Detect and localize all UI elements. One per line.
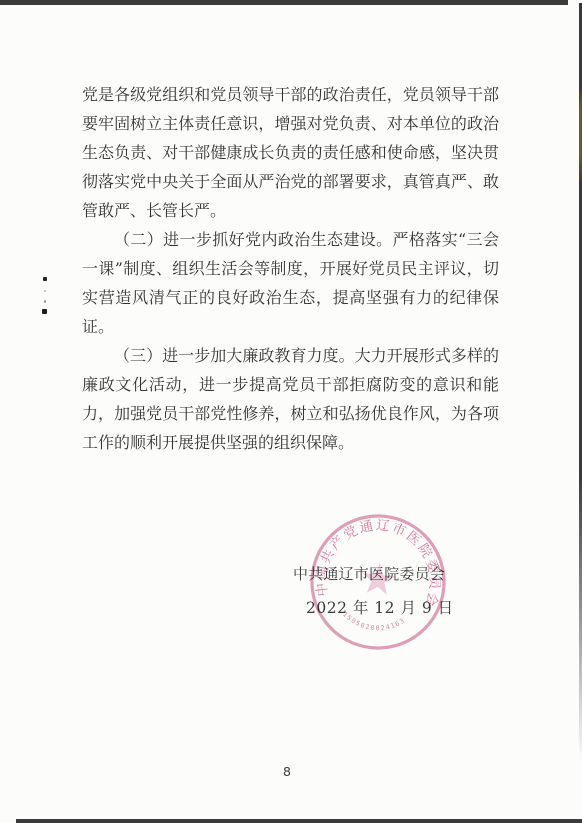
seal-serial-number: 1505020024163 <box>340 610 408 636</box>
paragraph-continuation: 党是各级党组织和党员领导干部的政治责任，党员领导干部要牢固树立主体责任意识，增强… <box>82 80 499 225</box>
scan-edge-top <box>0 0 568 5</box>
scan-mark <box>44 300 46 303</box>
paragraph-item-2: （二）进一步抓好党内政治生态建设。严格落实“三会一课”制度、组织生活会等制度，开… <box>82 225 499 341</box>
scan-edge-bottom <box>16 819 582 823</box>
scan-mark <box>42 309 47 314</box>
scanned-document-page: 党是各级党组织和党员领导干部的政治责任，党员领导干部要牢固树立主体责任意识，增强… <box>0 0 582 823</box>
document-body: 党是各级党组织和党员领导干部的政治责任，党员领导干部要牢固树立主体责任意识，增强… <box>82 80 499 457</box>
seal-ring-text: 中国共产党通辽市医院委员会 <box>311 512 449 611</box>
paragraph-item-3: （三）进一步加大廉政教育力度。大力开展形式多样的廉政文化活动，进一步提高党员干部… <box>82 341 499 457</box>
svg-text:中国共产党通辽市医院委员会: 中国共产党通辽市医院委员会 <box>311 512 449 611</box>
seal-star-icon <box>361 561 396 595</box>
page-number: 8 <box>271 764 303 779</box>
svg-text:1505020024163: 1505020024163 <box>340 610 408 636</box>
scan-mark <box>43 277 47 281</box>
official-seal-stamp: 中国共产党通辽市医院委员会 1505020024163 <box>296 500 461 665</box>
scan-mark <box>44 290 46 292</box>
